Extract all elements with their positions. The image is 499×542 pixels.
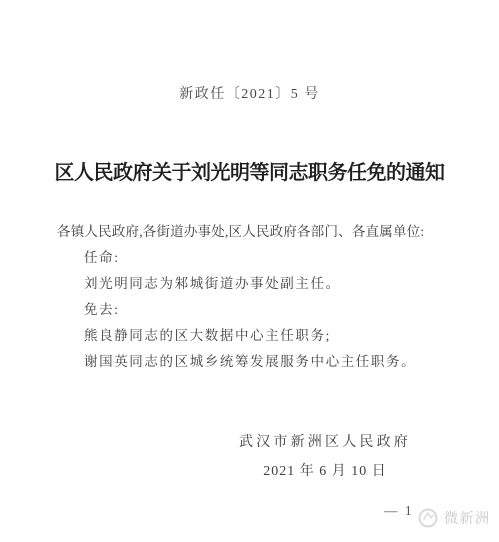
- removal-line-1: 熊良静同志的区大数据中心主任职务;: [57, 323, 451, 349]
- appointment-line: 刘光明同志为邾城街道办事处副主任。: [57, 271, 451, 297]
- watermark-logo-icon: [416, 506, 440, 530]
- document-page: 新政任〔2021〕5 号 区人民政府关于刘光明等同志职务任免的通知 各镇人民政府…: [0, 0, 499, 542]
- issue-date: 2021 年 6 月 10 日: [230, 460, 420, 480]
- document-number: 新政任〔2021〕5 号: [0, 83, 499, 103]
- watermark: 微新洲: [416, 506, 491, 530]
- page-number: — 1: [384, 503, 414, 519]
- document-body: 各镇人民政府,各街道办事处,区人民政府各部门、各直属单位: 任命: 刘光明同志为…: [57, 219, 451, 375]
- removal-line-2: 谢国英同志的区城乡统筹发展服务中心主任职务。: [57, 349, 451, 375]
- page-footer: — 1 微新洲: [0, 500, 499, 536]
- watermark-text: 微新洲: [444, 508, 491, 528]
- document-title: 区人民政府关于刘光明等同志职务任免的通知: [0, 156, 499, 185]
- appoint-heading-line: 任命:: [57, 245, 451, 271]
- salutation-line: 各镇人民政府,各街道办事处,区人民政府各部门、各直属单位:: [57, 219, 451, 245]
- issuer-name: 武汉市新洲区人民政府: [230, 431, 420, 451]
- remove-heading-line: 免去:: [57, 297, 451, 323]
- signature-block: 武汉市新洲区人民政府 2021 年 6 月 10 日: [230, 431, 420, 480]
